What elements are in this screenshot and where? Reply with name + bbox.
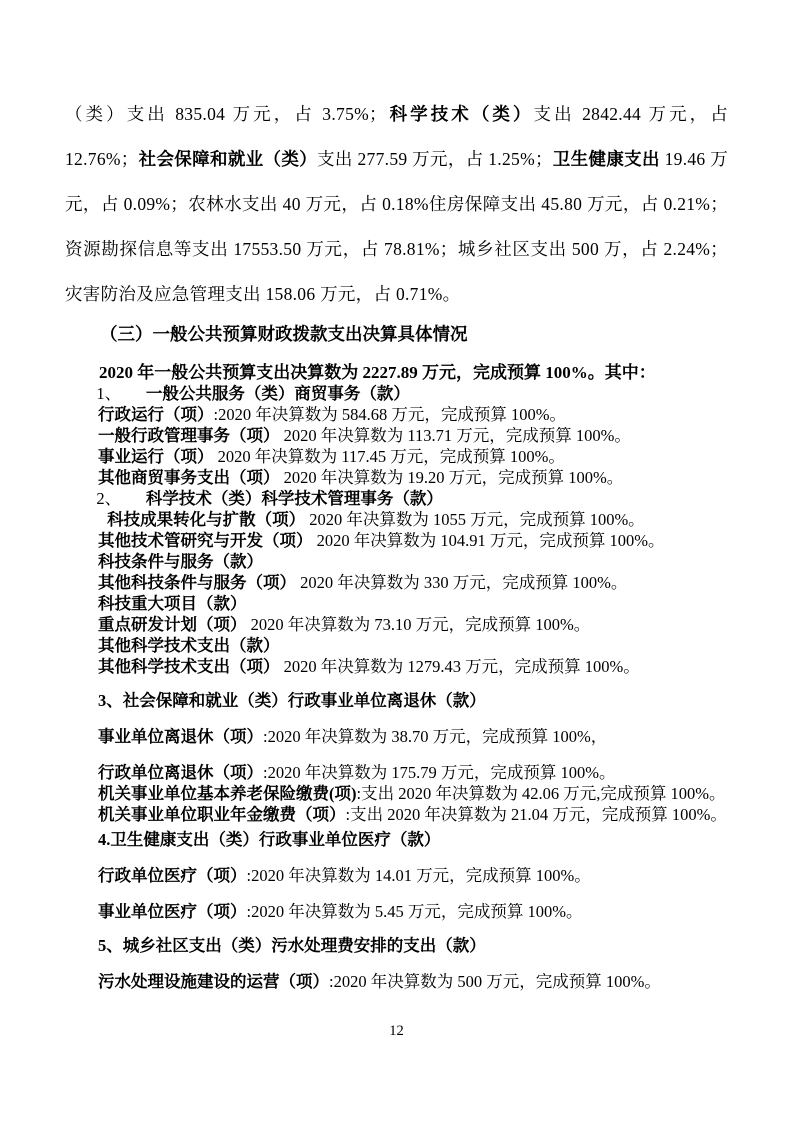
bold-text-segment: 科技重大项目（款） xyxy=(98,594,247,613)
text-segment: :2020 年决算数为 175.79 万元，完成预算 100%。 xyxy=(263,763,615,782)
text-segment: 1、 xyxy=(96,384,146,403)
text-segment: 2020 年决算数为 1279.43 万元，完成预算 100%。 xyxy=(280,657,640,676)
bold-text-segment: 其他科学技术支出（款） xyxy=(98,636,280,655)
bold-text-segment: 事业运行（项） xyxy=(98,447,214,466)
text-segment: :2020 年决算数为 584.68 万元，完成预算 100%。 xyxy=(214,405,566,424)
bold-text-segment: （三）一般公共预算财政拨款支出决算具体情况 xyxy=(100,324,468,344)
subcategory-heading: 其他科学技术支出（款） xyxy=(65,635,728,656)
text-segment: 2020 年决算数为 73.10 万元，完成预算 100%。 xyxy=(247,615,591,634)
bold-text-segment: 一般行政管理事务（项） xyxy=(98,426,280,445)
text-segment: 2020 年决算数为 104.91 万元，完成预算 100%。 xyxy=(313,531,665,550)
bold-text-segment: 3、社会保障和就业（类）行政事业单位离退休（款） xyxy=(98,691,486,710)
bold-text-segment: 卫生健康支出 xyxy=(553,149,660,169)
budget-line: 其他科学技术支出（项） 2020 年决算数为 1279.43 万元，完成预算 1… xyxy=(65,656,728,677)
bold-text-segment: 5、城乡社区支出（类）污水处理费安排的支出（款） xyxy=(98,936,486,955)
category-2-heading: 2、 科学技术（类）科学技术管理事务（款） xyxy=(65,488,728,509)
text-segment: :2020 年决算数为 14.01 万元，完成预算 100%。 xyxy=(247,866,591,885)
bold-text-segment: 行政单位离退休（项） xyxy=(98,763,263,782)
bold-text-segment: 一般公共服务（类）商贸事务（款） xyxy=(146,384,410,403)
bold-text-segment: 科技成果转化与扩散（项） xyxy=(107,510,305,529)
bold-text-segment: 其他商贸事务支出（项） xyxy=(98,468,280,487)
continuation-paragraph: （类）支出 835.04 万元，占 3.75%；科学技术（类）支出 2842.4… xyxy=(65,92,728,317)
budget-line: 一般行政管理事务（项） 2020 年决算数为 113.71 万元，完成预算 10… xyxy=(65,425,728,446)
subcategory-heading: 科技重大项目（款） xyxy=(65,593,728,614)
budget-line: 行政运行（项）:2020 年决算数为 584.68 万元，完成预算 100%。 xyxy=(65,404,728,425)
budget-line: 其他科技条件与服务（项） 2020 年决算数为 330 万元，完成预算 100%… xyxy=(65,572,728,593)
text-segment: :2020 年决算数为 38.70 万元，完成预算 100%， xyxy=(263,727,607,746)
text-segment: 2020 年决算数为 19.20 万元，完成预算 100%。 xyxy=(280,468,624,487)
budget-line: 行政单位离退休（项）:2020 年决算数为 175.79 万元，完成预算 100… xyxy=(65,762,728,783)
category-1-heading: 1、 一般公共服务（类）商贸事务（款） xyxy=(65,383,728,404)
bold-text-segment: 其他技术管研究与开发（项） xyxy=(98,531,313,550)
budget-line: 科技成果转化与扩散（项） 2020 年决算数为 1055 万元，完成预算 100… xyxy=(65,509,728,530)
budget-line: 事业单位医疗（项）:2020 年决算数为 5.45 万元，完成预算 100%。 xyxy=(65,901,728,922)
bold-text-segment: 4.卫生健康支出（类）行政事业单位医疗（款） xyxy=(98,830,440,849)
bold-text-segment: 事业单位离退休（项） xyxy=(98,727,263,746)
text-segment: 19.46 万元，占 0.09%；农林水支出 40 万元，占 0.18%住房保障… xyxy=(65,149,728,304)
bold-text-segment: 2020 年一般公共预算支出决算数为 2227.89 万元，完成预算 100%。… xyxy=(99,363,656,382)
bold-text-segment: 科学技术（类） xyxy=(387,104,534,124)
bold-text-segment: 科学技术（类）科学技术管理事务（款） xyxy=(146,489,443,508)
bold-text-segment: 其他科技条件与服务（项） xyxy=(98,573,296,592)
bold-text-segment: 机关事业单位职业年金缴费（项） xyxy=(98,805,346,824)
text-segment: 支出 277.59 万元，占 1.25%； xyxy=(317,149,553,169)
subcategory-heading: 科技条件与服务（款） xyxy=(65,551,728,572)
budget-line: 污水处理设施建设的运营（项）:2020 年决算数为 500 万元，完成预算 10… xyxy=(65,971,728,992)
budget-line: 行政单位医疗（项）:2020 年决算数为 14.01 万元，完成预算 100%。 xyxy=(65,865,728,886)
text-segment: （类）支出 835.04 万元，占 3.75%； xyxy=(65,104,387,124)
bold-text-segment: 污水处理设施建设的运营（项） xyxy=(98,972,329,991)
section-heading-3: （三）一般公共预算财政拨款支出决算具体情况 xyxy=(65,323,728,346)
budget-line: 其他技术管研究与开发（项） 2020 年决算数为 104.91 万元，完成预算 … xyxy=(65,530,728,551)
text-segment: :2020 年决算数为 5.45 万元，完成预算 100%。 xyxy=(247,902,583,921)
budget-line: 事业单位离退休（项）:2020 年决算数为 38.70 万元，完成预算 100%… xyxy=(65,726,728,747)
bold-text-segment: 重点研发计划（项） xyxy=(98,615,247,634)
category-4-heading: 4.卫生健康支出（类）行政事业单位医疗（款） xyxy=(65,829,728,850)
text-segment: 2020 年决算数为 117.45 万元，完成预算 100%。 xyxy=(214,447,565,466)
bold-text-segment: 科技条件与服务（款） xyxy=(98,552,263,571)
text-segment: :支出 2020 年决算数为 42.06 万元,完成预算 100%。 xyxy=(357,784,726,803)
text-segment: :2020 年决算数为 500 万元，完成预算 100%。 xyxy=(329,972,661,991)
bold-text-segment: 机关事业单位基本养老保险缴费(项) xyxy=(98,784,357,803)
category-5-heading: 5、城乡社区支出（类）污水处理费安排的支出（款） xyxy=(65,935,728,956)
budget-line: 机关事业单位基本养老保险缴费(项):支出 2020 年决算数为 42.06 万元… xyxy=(65,783,728,804)
text-segment: 2、 xyxy=(96,489,146,508)
text-segment: 2020 年决算数为 113.71 万元，完成预算 100%。 xyxy=(280,426,631,445)
budget-line: 事业运行（项） 2020 年决算数为 117.45 万元，完成预算 100%。 xyxy=(65,446,728,467)
budget-summary-line: 2020 年一般公共预算支出决算数为 2227.89 万元，完成预算 100%。… xyxy=(65,362,728,383)
bold-text-segment: 社会保障和就业（类） xyxy=(139,149,318,169)
text-segment: 2020 年决算数为 330 万元，完成预算 100%。 xyxy=(296,573,627,592)
text-segment: :支出 2020 年决算数为 21.04 万元，完成预算 100%。 xyxy=(346,805,727,824)
bold-text-segment: 其他科学技术支出（项） xyxy=(98,657,280,676)
bold-text-segment: 事业单位医疗（项） xyxy=(98,902,247,921)
budget-line: 机关事业单位职业年金缴费（项）:支出 2020 年决算数为 21.04 万元，完… xyxy=(65,804,728,825)
bold-text-segment: 行政单位医疗（项） xyxy=(98,866,247,885)
document-page: （类）支出 835.04 万元，占 3.75%；科学技术（类）支出 2842.4… xyxy=(0,0,793,1122)
category-3-heading: 3、社会保障和就业（类）行政事业单位离退休（款） xyxy=(65,690,728,711)
page-number: 12 xyxy=(0,1023,793,1040)
text-segment: 2020 年决算数为 1055 万元，完成预算 100%。 xyxy=(305,510,645,529)
document-content: （类）支出 835.04 万元，占 3.75%；科学技术（类）支出 2842.4… xyxy=(65,92,728,992)
budget-line: 重点研发计划（项） 2020 年决算数为 73.10 万元，完成预算 100%。 xyxy=(65,614,728,635)
budget-line: 其他商贸事务支出（项） 2020 年决算数为 19.20 万元，完成预算 100… xyxy=(65,467,728,488)
bold-text-segment: 行政运行（项） xyxy=(98,405,214,424)
